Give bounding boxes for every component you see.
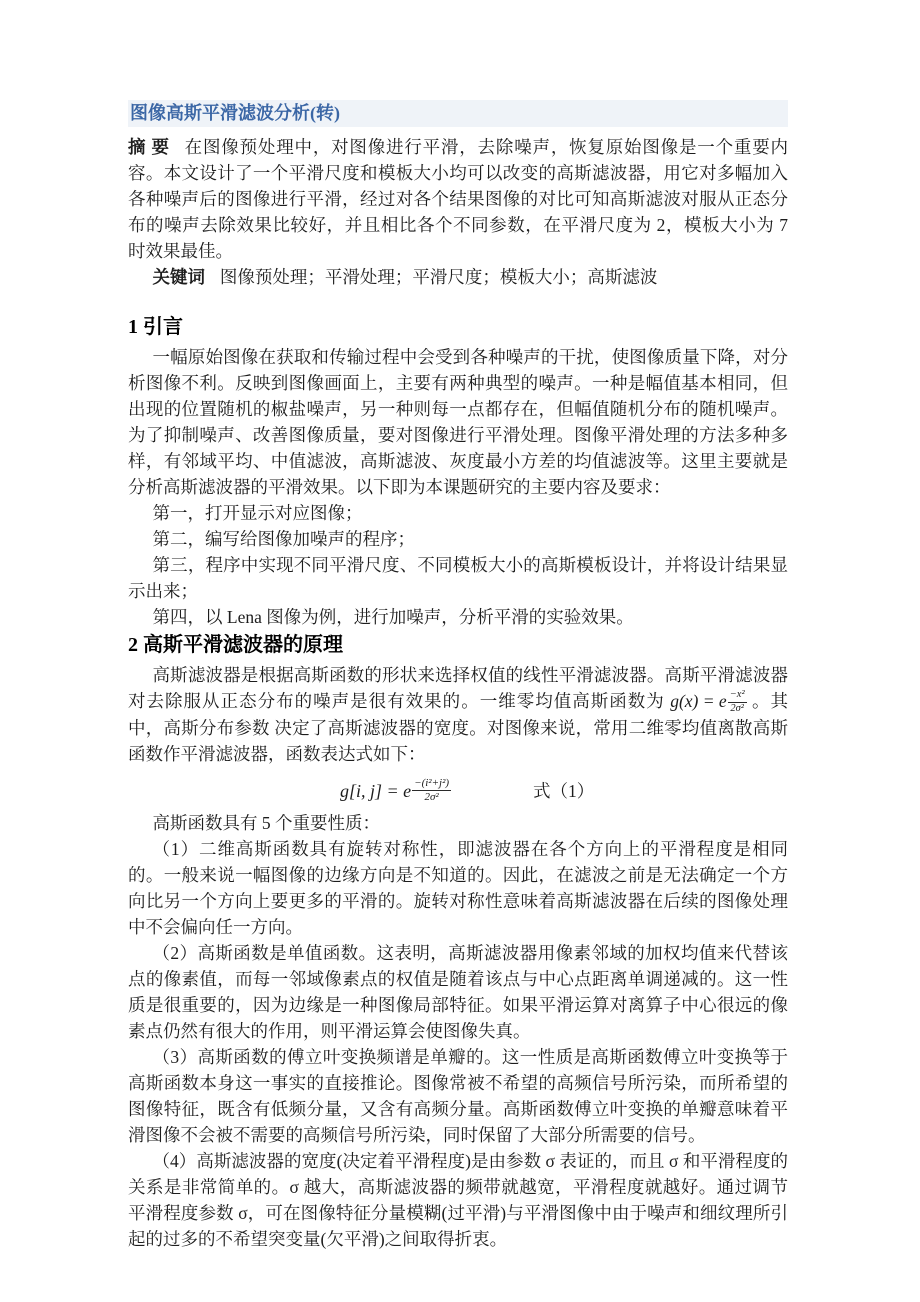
- abstract-paragraph: 摘 要在图像预处理中，对图像进行平滑，去除噪声，恢复原始图像是一个重要内容。本文…: [128, 134, 788, 264]
- abstract-label: 摘 要: [128, 137, 170, 157]
- page-title: 图像高斯平滑滤波分析(转): [128, 100, 788, 127]
- section2-heading: 2 高斯平滑滤波器的原理: [128, 632, 788, 659]
- properties-intro: 高斯函数具有 5 个重要性质：: [128, 810, 788, 836]
- equation-row: g[i, j] = e−(i²+j²)2σ² 式（1）: [128, 777, 788, 804]
- keywords-text: 图像预处理；平滑处理；平滑尺度；模板大小；高斯滤波: [205, 267, 657, 287]
- list-item-4: 第四，以 Lena 图像为例，进行加噪声，分析平滑的实验效果。: [128, 604, 788, 630]
- equation-numerator: −(i²+j²): [412, 777, 451, 791]
- section1-heading: 1 引言: [128, 314, 788, 341]
- list-item-3: 第三，程序中实现不同平滑尺度、不同模板大小的高斯模板设计，并将设计结果显示出来；: [128, 552, 788, 604]
- formula-exponent-fraction: −x²2σ²: [728, 689, 747, 715]
- list-item-2: 第二，编写给图像加噪声的程序；: [128, 526, 788, 552]
- document-page: 图像高斯平滑滤波分析(转) 摘 要在图像预处理中，对图像进行平滑，去除噪声，恢复…: [0, 0, 920, 1302]
- list-item-1: 第一，打开显示对应图像；: [128, 500, 788, 526]
- formula-numerator: −x²: [728, 689, 747, 703]
- property-paragraph-4: （4）高斯滤波器的宽度(决定着平滑程度)是由参数 σ 表证的，而且 σ 和平滑程…: [128, 1148, 788, 1252]
- equation-label: 式（1）: [533, 778, 594, 804]
- keywords-line: 关键词图像预处理；平滑处理；平滑尺度；模板大小；高斯滤波: [128, 264, 788, 290]
- abstract-text: 在图像预处理中，对图像进行平滑，去除噪声，恢复原始图像是一个重要内容。本文设计了…: [128, 137, 788, 261]
- section1-paragraph: 一幅原始图像在获取和传输过程中会受到各种噪声的干扰，使图像质量下降，对分析图像不…: [128, 344, 788, 500]
- formula-denominator: 2σ²: [728, 703, 746, 716]
- keywords-label: 关键词: [153, 267, 206, 287]
- property-paragraph-1: （1）二维高斯函数具有旋转对称性，即滤波器在各个方向上的平滑程度是相同的。一般来…: [128, 836, 788, 940]
- property-paragraph-3: （3）高斯函数的傅立叶变换频谱是单瓣的。这一性质是高斯函数傅立叶变换等于高斯函数…: [128, 1044, 788, 1148]
- equation-denominator: 2σ²: [422, 791, 440, 804]
- equation-exponent-fraction: −(i²+j²)2σ²: [412, 777, 451, 804]
- formula-lhs: g(x) = e: [670, 691, 727, 711]
- equation-1: g[i, j] = e−(i²+j²)2σ²: [340, 777, 451, 804]
- property-paragraph-2: （2）高斯函数是单值函数。这表明，高斯滤波器用像素邻域的加权均值来代替该点的像素…: [128, 940, 788, 1044]
- equation-lhs: g[i, j] = e: [340, 781, 411, 801]
- inline-gaussian-formula: g(x) = e−x²2σ²: [670, 688, 746, 715]
- section2-paragraph: 高斯滤波器是根据高斯函数的形状来选择权值的线性平滑滤波器。高斯平滑滤波器对去除服…: [128, 662, 788, 767]
